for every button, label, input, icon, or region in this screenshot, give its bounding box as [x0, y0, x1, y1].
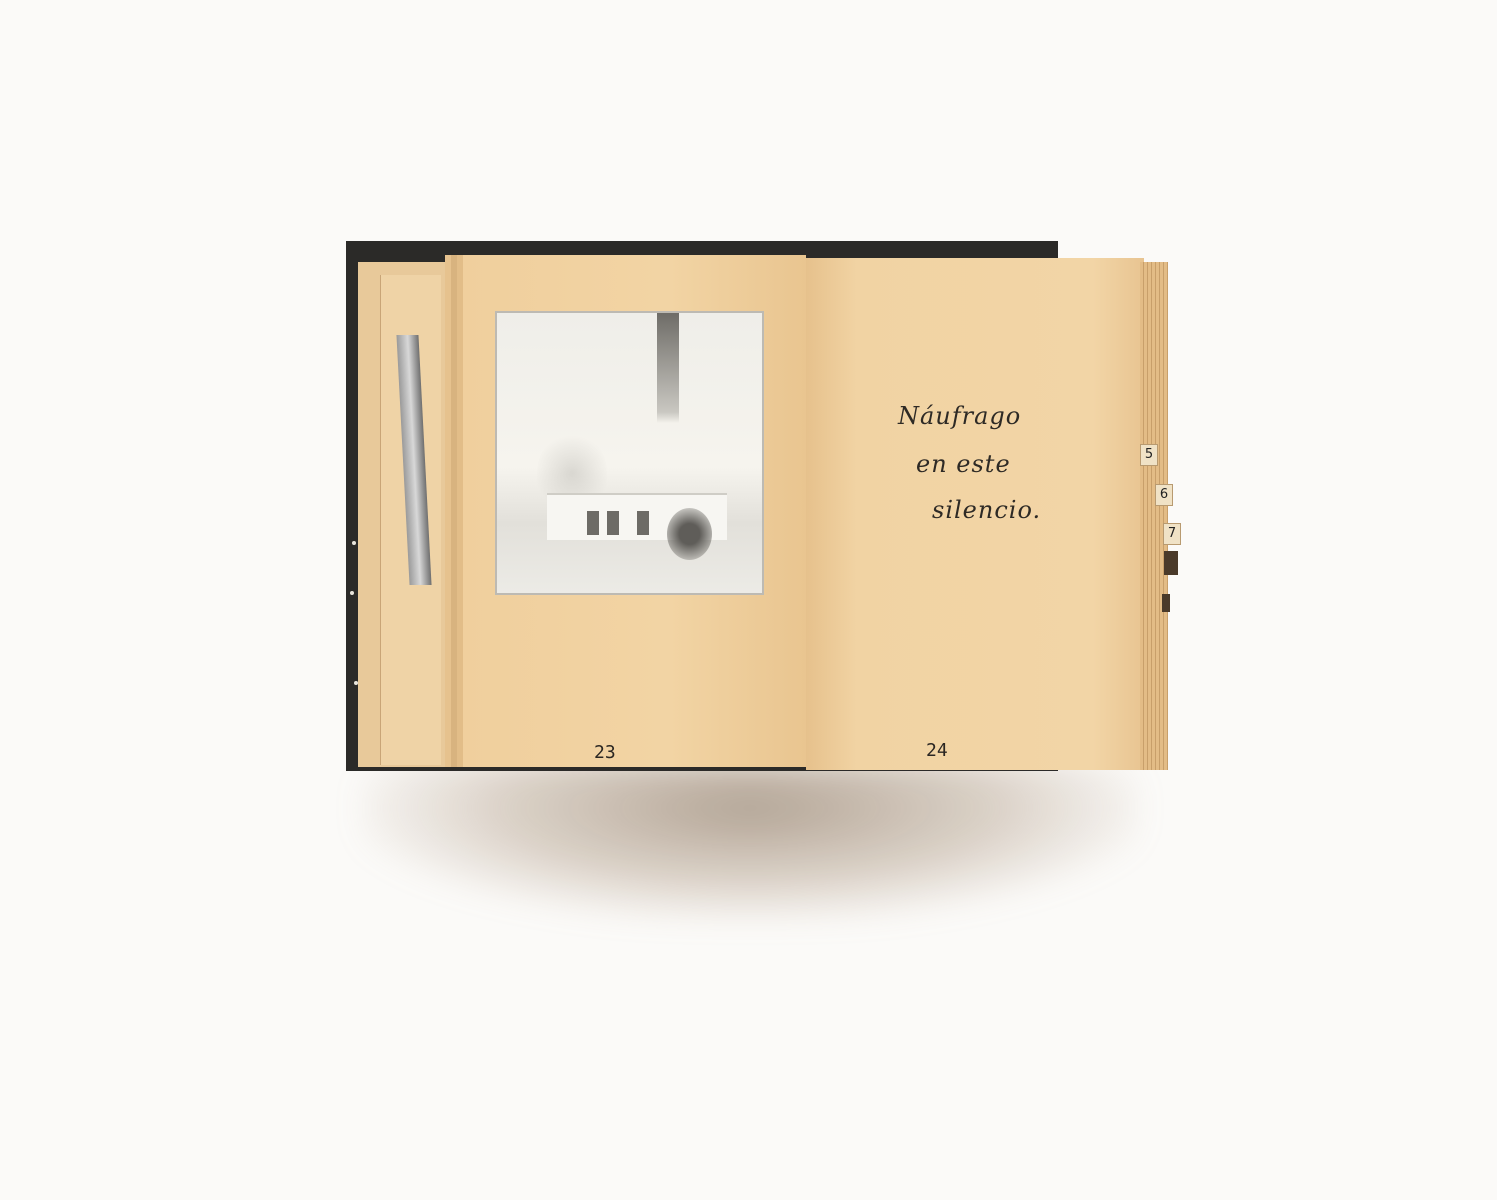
- cover-speck: [350, 591, 354, 595]
- index-tab-dark: [1164, 551, 1178, 575]
- page-number-right: 24: [926, 740, 948, 761]
- instant-photo: [495, 311, 764, 595]
- photo-blot: [667, 508, 712, 560]
- photo-window: [637, 511, 649, 535]
- handwriting-line-2: en este: [916, 450, 1011, 478]
- index-tab-7[interactable]: 7: [1163, 523, 1181, 545]
- book-shadow: [360, 760, 1140, 920]
- photo-window: [587, 511, 599, 535]
- page-number-left: 23: [594, 742, 616, 763]
- index-tab-5[interactable]: 5: [1140, 444, 1158, 466]
- handwriting-line-1: Náufrago: [898, 402, 1021, 430]
- photo-window: [607, 511, 619, 535]
- photo-streak: [657, 313, 679, 423]
- cover-speck: [352, 541, 356, 545]
- right-page-edges: [1140, 262, 1168, 770]
- index-tab-dark: [1162, 594, 1170, 612]
- index-tab-6[interactable]: 6: [1155, 484, 1173, 506]
- handwriting-line-3: silencio.: [932, 496, 1041, 524]
